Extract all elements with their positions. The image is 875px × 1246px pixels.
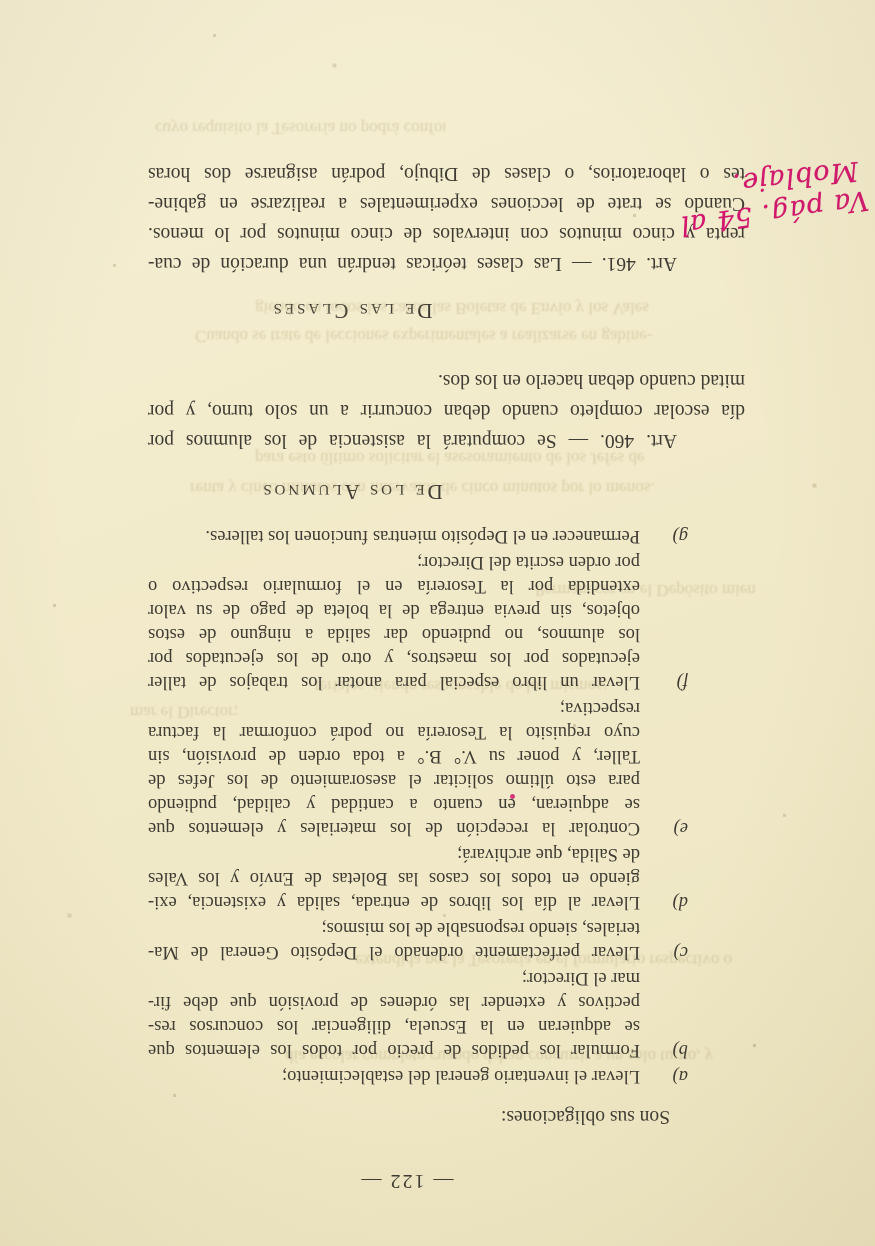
list-item-f: f) Llevar un libro especial para anotar … bbox=[148, 550, 745, 694]
item-letter: d) bbox=[673, 890, 688, 914]
list-item-d: d) Llevar al día los libros de entrada, … bbox=[148, 842, 745, 914]
item-line: por orden escrita del Director; bbox=[148, 550, 640, 574]
item-line: teriales, siendo responsable de los mism… bbox=[148, 916, 640, 940]
bleed-through-text: Cuando se trate de lecciones experimenta… bbox=[195, 326, 715, 346]
item-line: pectivos y extender las órdenes de provi… bbox=[148, 990, 640, 1014]
item-letter: f) bbox=[677, 670, 688, 694]
item-line: se adquieran en la Escuela, diligenciar … bbox=[148, 1014, 640, 1038]
article-line: día escolar completo cuando deban concur… bbox=[148, 395, 745, 425]
page-content-rotated-180: renta y cinco minutos con intervalos de … bbox=[0, 0, 875, 1246]
intro-line: Son sus obligaciones: bbox=[73, 1104, 745, 1129]
scanned-page: renta y cinco minutos con intervalos de … bbox=[0, 0, 875, 1246]
item-letter: e) bbox=[674, 816, 688, 840]
item-line: objetos, sin previa entrega de la boleta… bbox=[148, 598, 640, 622]
article-460: Art. 460. — Se computará la asistencia d… bbox=[148, 365, 745, 455]
list-item-g: g) Permanecer en el Depósito mientras fu… bbox=[148, 524, 745, 548]
article-line: Art. 460. — Se computará la asistencia d… bbox=[148, 425, 745, 455]
page-number: — 122 — bbox=[108, 1169, 745, 1192]
obligations-list: a) Llevar el inventario general del esta… bbox=[148, 524, 745, 1088]
item-line: los alumnos, no pudiendo dar salida a ni… bbox=[148, 622, 640, 646]
item-line: giendo en todos los casos las Boletas de… bbox=[148, 866, 640, 890]
item-line: Permanecer en el Depósito mientras funci… bbox=[148, 524, 640, 548]
section-heading-alumnos: De los Alumnos bbox=[53, 479, 745, 504]
list-item-e: e) Controlar la recepción de los materia… bbox=[148, 696, 745, 840]
item-line: mar el Director; bbox=[148, 966, 640, 990]
section-heading-clases: De las Clases bbox=[53, 298, 745, 323]
item-letter: b) bbox=[673, 1038, 688, 1062]
article-line: Art. 461. — Las clases teóricas tendrán … bbox=[148, 248, 745, 278]
item-letter: a) bbox=[673, 1064, 688, 1088]
item-letter: c) bbox=[674, 940, 688, 964]
item-line: Controlar la recepción de los materiales… bbox=[148, 816, 640, 840]
item-line: cuyo requisito la Tesorería no podrá con… bbox=[148, 720, 640, 744]
item-line: ejecutados por los maestros, y otro de l… bbox=[148, 646, 640, 670]
item-line: Llevar al día los libros de entrada, sal… bbox=[148, 890, 640, 914]
item-line: Taller, y poner su V.° B.° a toda orden … bbox=[148, 744, 640, 768]
item-line: respectiva; bbox=[148, 696, 640, 720]
item-line: Formular los pedidos de precio por todos… bbox=[148, 1038, 640, 1062]
list-item-a: a) Llevar el inventario general del esta… bbox=[148, 1064, 745, 1088]
item-line: extendida por la Tesorería en el formula… bbox=[148, 574, 640, 598]
item-letter: g) bbox=[673, 524, 688, 548]
list-item-b: b) Formular los pedidos de precio por to… bbox=[148, 966, 745, 1062]
bleed-through-text: cuyo requisito la Tesorería no podrá con… bbox=[155, 118, 445, 138]
item-line: de Salida, que archivará; bbox=[148, 842, 640, 866]
ink-speck bbox=[510, 794, 515, 799]
item-line: Llevar el inventario general del estable… bbox=[148, 1064, 640, 1088]
list-item-c: c) Llevar perfectamente ordenado el Depó… bbox=[148, 916, 745, 964]
item-line: Llevar perfectamente ordenado el Depósit… bbox=[148, 940, 640, 964]
item-line: Llevar un libro especial para anotar los… bbox=[148, 670, 640, 694]
item-line: para esto último solicitar el asesoramie… bbox=[148, 768, 640, 792]
article-line: mitad cuando deban hacerlo en los dos. bbox=[148, 365, 745, 395]
item-line: se adquieran, en cuanto a cantidad y cal… bbox=[148, 792, 640, 816]
